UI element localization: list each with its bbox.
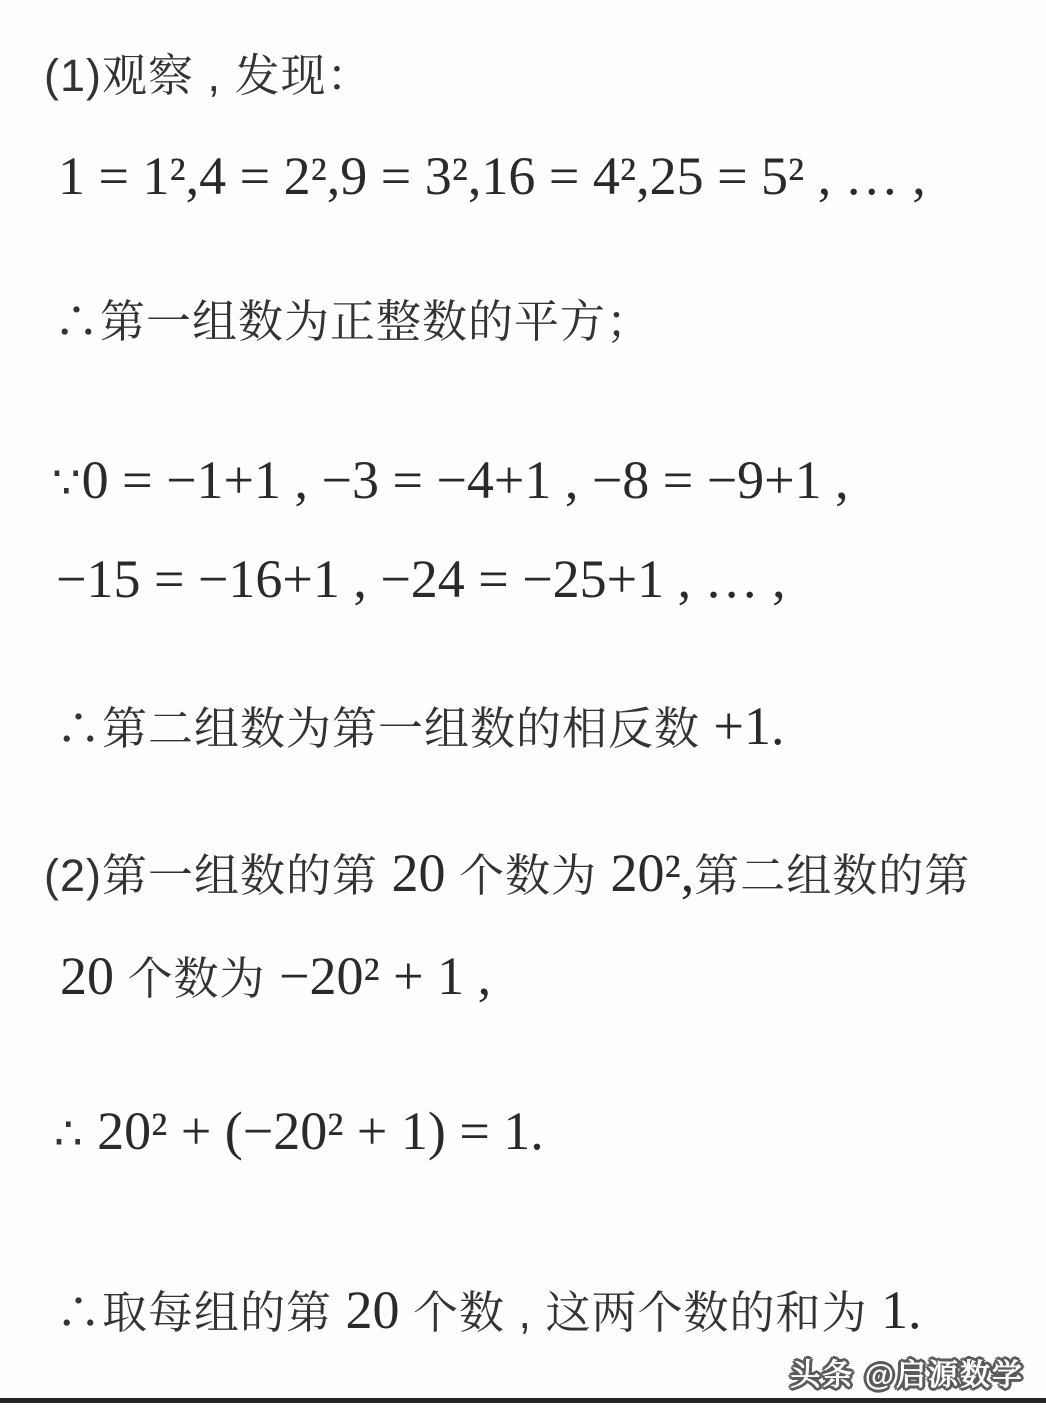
text-segment: ∴取每组的第 [56,1287,346,1338]
text-segment: 20 [392,843,446,903]
text-segment: 0 = −1+1 , −3 = −4+1 , −8 = −9+1 , [82,450,849,510]
solution-line-2-squares-formula: 1 = 1²,4 = 2²,9 = 3²,16 = 4²,25 = 5² , …… [58,148,926,205]
solution-line-7-part2-start: (2)第一组数的第 20 个数为 20²,第二组数的第 [44,845,970,902]
solution-page: (1)观察 , 发现： 1 = 1²,4 = 2²,9 = 3²,16 = 4²… [0,0,1046,1408]
text-segment: ∵ [52,457,82,508]
text-segment: ∴第一组数为正整数的平方； [54,296,652,347]
text-segment: (1)观察 , 发现： [44,50,373,101]
text-segment: 20 [346,1280,400,1340]
solution-line-5-formula-cont: −15 = −16+1 , −24 = −25+1 , … , [56,551,786,608]
solution-line-3-conclusion-1: ∴第一组数为正整数的平方； [54,298,652,345]
text-segment: 个数为 [114,953,279,1004]
text-segment: −15 = −16+1 , −24 = −25+1 , … , [56,549,786,609]
text-segment: ∴ [54,1108,97,1159]
text-segment: ∴第二组数为第一组数的相反数 [56,703,714,754]
text-segment: 1. [881,1280,922,1340]
text-segment: +1. [714,696,785,756]
solution-line-9-sum-formula: ∴ 20² + (−20² + 1) = 1. [54,1103,544,1160]
text-segment: −20² + 1 , [279,946,491,1006]
text-segment: 第二组数的第 [694,850,970,901]
text-segment: 个数 , 这两个数的和为 [400,1287,882,1338]
text-segment: 20 [60,946,114,1006]
text-segment: 20², [611,843,695,903]
solution-line-6-conclusion-2: ∴第二组数为第一组数的相反数 +1. [56,698,784,755]
bottom-divider-line [0,1398,1046,1403]
text-segment: (2)第一组数的第 [44,850,392,901]
watermark-toutiao-qiyuan-math: 头条 @启源数学 [790,1350,1024,1394]
text-segment: 20² + (−20² + 1) = 1. [97,1101,544,1161]
solution-line-4-because-formula: ∵0 = −1+1 , −3 = −4+1 , −8 = −9+1 , [52,452,849,509]
solution-line-10-final-answer: ∴取每组的第 20 个数 , 这两个数的和为 1. [56,1282,922,1339]
solution-line-1-heading: (1)观察 , 发现： [44,52,373,99]
text-segment: 1 = 1²,4 = 2²,9 = 3²,16 = 4²,25 = 5² , …… [58,146,926,206]
text-segment: 个数为 [446,850,611,901]
solution-line-8-part2-cont: 20 个数为 −20² + 1 , [60,948,491,1005]
